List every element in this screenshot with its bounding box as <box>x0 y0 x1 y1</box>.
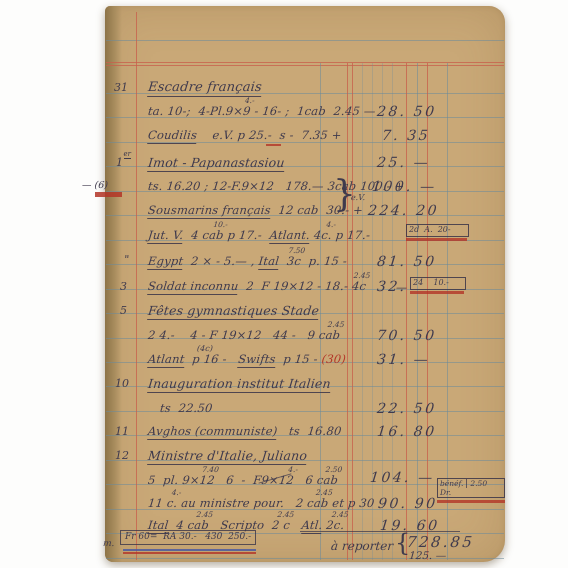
ledger-line: 2 4.- 4 - F 19×12 44 - 9 cab2.45 <box>147 328 341 342</box>
ledger-line: Soldat inconnu 2 F 19×12 - 18.- 4c2.45 <box>147 279 367 295</box>
entry-text: Avghos (communiste) <box>147 424 278 440</box>
entry-text: Sousmarins français <box>147 203 271 219</box>
entry-text-run: 2 4.- 4 - F 19×12 44 - 9 cab <box>147 328 341 342</box>
row-number: 10 <box>115 377 129 390</box>
red-boxed-annotation: 2d A. 20- <box>406 224 469 237</box>
entry-text-run: p 16 - <box>184 352 239 366</box>
entry-text-run: e.V. p 25.- <box>196 128 280 142</box>
ledger-line: ta. 10-; 4-Pl.9×94.- - 16- ; 1cab 2.45 — <box>147 104 376 118</box>
entry-text-run: ts 22.50 <box>159 401 213 415</box>
entry-text-run: 4 cab <box>183 228 225 242</box>
entry-text: Egypt <box>147 254 184 270</box>
margin-note: " <box>123 253 129 266</box>
row-number-text: 12 <box>115 449 129 462</box>
amount-value: 28. 50 <box>376 104 437 120</box>
red-underline-mark <box>437 500 505 503</box>
entry-text: 6 cab2.50 <box>293 473 339 487</box>
entry-text: 4 cab10.- <box>183 228 225 242</box>
entry-text-run: Soldat inconnu <box>147 279 239 293</box>
entry-text: 2c.2.45 <box>322 518 345 532</box>
amount-value: 224. 20 <box>367 203 440 219</box>
row-number-text: 10 <box>115 377 129 390</box>
entry-text-run: Atl. <box>301 518 323 532</box>
ledger-line: Egypt 2 × - 5.— , Ital 3c7.50 p. 15 - <box>147 254 348 270</box>
ledger-line: Escadre français <box>147 80 263 97</box>
amount-value: 22. 50 <box>376 401 437 417</box>
row-number-text: 5 <box>120 304 127 317</box>
red-underline-mark <box>266 144 281 146</box>
entry-text: au ministre pour. 2 cab2.45 <box>177 496 330 510</box>
blue-underline-mark <box>123 549 256 551</box>
entry-text-run: Jut. V. <box>147 228 184 242</box>
ledger-line: Imot - Papanastasiou <box>147 155 285 172</box>
margin-note: e.V. <box>351 193 366 202</box>
amount-value: 104. — <box>369 470 435 486</box>
entry-text: Ital <box>258 254 280 270</box>
entry-text: Inauguration institut Italien <box>147 376 332 393</box>
entry-text-run: Egypt <box>147 254 184 268</box>
row-number: 11 <box>115 425 129 438</box>
margin-note: à reporter <box>330 539 393 553</box>
price-superscript: 2.45 <box>331 510 349 519</box>
ledger-line: Coudilis e.V. p 25.- s - 7.35 + <box>147 128 342 144</box>
entry-text: e.V. p 25.- <box>196 128 280 142</box>
entry-text: p 17.- <box>331 228 371 242</box>
profit-value: 2.50 <box>466 479 487 488</box>
ink-rule-mark <box>300 531 460 532</box>
entry-text: ts 22.50 <box>159 401 213 415</box>
entry-text-run: Atlant <box>147 352 185 366</box>
entry-text-run: 11 c. <box>147 496 178 510</box>
entry-text-run: p 15 - <box>275 352 322 366</box>
entry-text: Imot - Papanastasiou <box>147 155 285 172</box>
entry-text: Ministre d'Italie, Juliano <box>147 448 308 465</box>
entry-text: p 16 - <box>184 352 239 366</box>
entry-text-run: Inauguration institut Italien <box>147 376 331 391</box>
entry-text-run: Avghos (communiste) <box>147 424 278 438</box>
margin-note: (4c) <box>197 344 214 353</box>
margin-note: 125. — <box>408 550 446 562</box>
ledger-line: Fêtes gymnastiques Stade <box>147 303 320 320</box>
entry-text: Escadre français <box>147 80 263 97</box>
ledger-line: 11 c.4.- au ministre pour. 2 cab2.45 et … <box>147 496 375 510</box>
entry-text-run: ts 16.80 <box>277 424 343 438</box>
red-underline-mark <box>410 291 464 294</box>
row-number-text: 11 <box>115 425 129 438</box>
row-number: 31 <box>114 81 128 94</box>
red-boxed-annotation: 24 10.- <box>410 277 466 290</box>
entry-text-run: 5 pl. 9×12 <box>147 473 215 487</box>
margin-note: — (6) <box>82 180 109 191</box>
margin-note: — <box>395 281 407 294</box>
margin-note: m. <box>103 539 115 549</box>
profit-currency: Dr. <box>440 488 502 497</box>
entry-text: et p 30 <box>328 496 375 510</box>
row-number-text: 1 <box>116 156 123 169</box>
row-number: 1er <box>116 156 123 169</box>
entry-text: 11 c.4.- <box>147 496 178 510</box>
entry-text: Coudilis <box>147 128 198 144</box>
ledger-line: ts 22.50 <box>159 401 213 415</box>
entry-text-run: p 17.- <box>331 228 371 242</box>
row-number: 5 <box>120 304 127 317</box>
entry-text-run: Ministre d'Italie, Juliano <box>147 448 308 463</box>
carry-forward-box: Fr 60= RA 30.- 430 250.- <box>120 530 256 545</box>
profit-label: bénéf. <box>440 479 463 488</box>
row-number: 12 <box>115 449 129 462</box>
entry-text: 7.35 + <box>293 128 342 142</box>
amount-value: 90. 90 <box>377 496 438 512</box>
entry-text-run: au ministre pour. 2 cab <box>177 496 330 510</box>
entry-text-run: Ital <box>258 254 280 268</box>
entry-text-run: - 16- ; 1cab 2.45 — <box>250 104 376 118</box>
entry-text: 2 × - 5.— , <box>183 254 260 268</box>
entry-text: Jut. V. <box>147 228 184 244</box>
handwriting-layer: 31Escadre françaista. 10-; 4-Pl.9×94.- -… <box>0 0 568 568</box>
ledger-line: Jut. V. 4 cab10.- p 17.- Atlant. 4c.4.- … <box>147 228 371 244</box>
entry-text: Swifts <box>237 352 276 368</box>
row-number-text: 3 <box>120 280 127 293</box>
entry-text-run: Fêtes gymnastiques Stade <box>147 303 320 318</box>
entry-text-run: 4c. <box>309 228 332 242</box>
entry-text-run: ts. 16.20 ; 12-F.9×12 178.— 3cab 100.- + <box>147 179 405 193</box>
profit-note-box: bénéf.2.50Dr. <box>437 478 505 498</box>
entry-text: 3c7.50 <box>278 254 301 268</box>
entry-text: p 17.- <box>223 228 270 242</box>
entry-text-run: Coudilis <box>147 128 198 142</box>
amount-value: 16. 80 <box>376 424 437 440</box>
entry-text: (30) <box>321 352 347 366</box>
row-number: 3 <box>120 280 127 293</box>
entry-text-run: 2 × - 5.— , <box>183 254 260 268</box>
entry-text: Fêtes gymnastiques Stade <box>147 303 320 320</box>
amount-value: 7. 35 <box>381 128 431 144</box>
ledger-line: Ministre d'Italie, Juliano <box>147 448 308 465</box>
amount-value: 25. — <box>376 155 431 171</box>
entry-text-run: Sousmarins français <box>147 203 271 217</box>
entry-text-run: 6 cab <box>293 473 339 487</box>
ledger-line: 5 pl. 9×127.40 6 - F9×124.- 6 cab2.50 <box>147 473 339 487</box>
scanned-ledger-page: 31Escadre françaista. 10-; 4-Pl.9×94.- -… <box>0 0 568 568</box>
entry-text-run: et p 30 <box>328 496 375 510</box>
entry-text-run: 2c. <box>322 518 345 532</box>
entry-text: 5 pl. 9×127.40 <box>147 473 215 487</box>
row-number-text: 31 <box>114 81 128 94</box>
red-highlight-mark <box>95 192 122 197</box>
entry-text-run: 3c <box>278 254 301 268</box>
entry-text-run: 7.35 + <box>293 128 342 142</box>
entry-text: ta. 10-; 4-Pl.9×94.- <box>147 104 251 118</box>
entry-text-run: Swifts <box>238 352 277 366</box>
entry-text-run: p. 15 - <box>300 254 347 268</box>
entry-text: Soldat inconnu <box>147 279 239 295</box>
entry-text-run: 2 F 19×12 - 18.- 4c <box>238 279 367 293</box>
entry-text: p. 15 - <box>300 254 347 268</box>
ledger-line: Avghos (communiste) ts 16.80 <box>147 424 342 440</box>
entry-text: 4c.4.- <box>309 228 332 242</box>
row-number-ordinal: er <box>124 150 132 159</box>
entry-text-run: Escadre français <box>147 80 262 95</box>
red-underline-mark <box>406 238 467 241</box>
price-superscript: 2.45 <box>327 320 345 329</box>
ledger-line: ts. 16.20 ; 12-F.9×12 178.— 3cab 100.- + <box>147 179 405 193</box>
entry-text: Atlant <box>147 352 185 368</box>
entry-text-run: p 17.- <box>223 228 270 242</box>
price-superscript: 2.50 <box>325 465 343 474</box>
entry-text: 2 4.- 4 - F 19×12 44 - 9 cab2.45 <box>147 328 341 342</box>
ledger-line: Inauguration institut Italien <box>147 376 332 393</box>
entry-text: 2 F 19×12 - 18.- 4c2.45 <box>238 279 367 293</box>
entry-text: - 16- ; 1cab 2.45 — <box>250 104 376 118</box>
price-superscript: 2.45 <box>353 271 371 280</box>
entry-text-run: (30) <box>321 352 347 366</box>
red-underline-mark <box>123 552 256 554</box>
entry-text-run: ta. 10-; 4-Pl.9×9 <box>147 104 251 118</box>
entry-text: ts 16.80 <box>277 424 343 438</box>
entry-text-run: Atlant. <box>269 228 311 242</box>
ledger-line: Sousmarins français 12 cab 30.- + <box>147 203 364 219</box>
amount-value: 31. — <box>376 352 431 368</box>
amount-value: 70. 50 <box>376 328 437 344</box>
entry-text: p 15 - <box>275 352 322 366</box>
entry-text: ts. 16.20 ; 12-F.9×12 178.— 3cab 100.- + <box>147 179 405 193</box>
entry-text-run: Imot - Papanastasiou <box>147 155 285 170</box>
carried-total: 728.85 <box>406 533 475 551</box>
entry-text: Atlant. <box>269 228 311 244</box>
amount-value: 81. 50 <box>376 254 437 270</box>
ledger-line: Atlant p 16 - Swifts p 15 - (30) <box>147 352 347 368</box>
amount-value: 100. — <box>371 179 437 195</box>
